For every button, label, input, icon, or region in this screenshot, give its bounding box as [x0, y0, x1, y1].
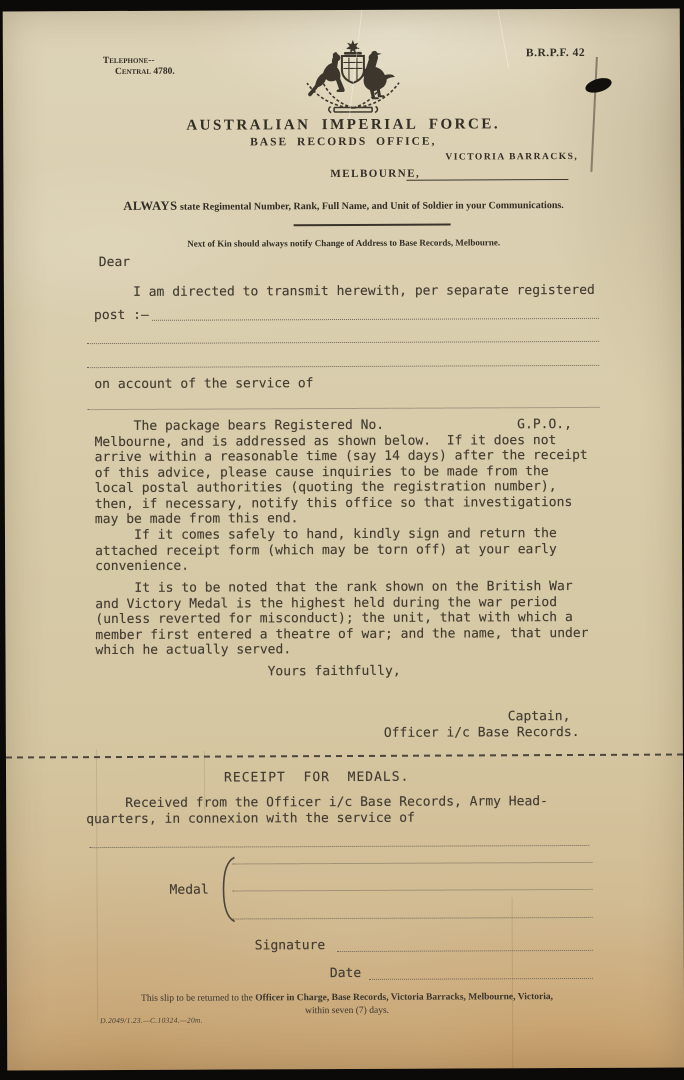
- always-rest: state Regimental Number, Rank, Full Name…: [178, 200, 564, 213]
- paper-tear-hole: [584, 75, 614, 95]
- next-of-kin-notice: Next of Kin should always notify Change …: [84, 237, 604, 249]
- paper-crease: [204, 751, 205, 811]
- printer-imprint: D.2049/1.23.—C.10324.—20m.: [100, 1016, 203, 1025]
- telephone-block: Telephone-- Central 4780.: [103, 56, 175, 78]
- fill-line: [87, 407, 599, 410]
- fill-line: [87, 365, 599, 368]
- medal-fill-line-2: [233, 889, 593, 892]
- medal-label: Medal: [169, 883, 208, 899]
- salutation: Dear: [99, 255, 130, 271]
- form-number: B.R.P.F. 42: [526, 47, 585, 59]
- date-label: Date: [330, 966, 361, 982]
- fill-line: [87, 341, 599, 344]
- city-fill-line: [406, 179, 568, 181]
- paper-tear-crease: [590, 57, 598, 172]
- post-fill-line: [152, 318, 599, 321]
- signature-fill-line: [337, 950, 593, 952]
- date-fill-line: [369, 978, 593, 980]
- intro-line: I am directed to transmit herewith, per …: [94, 283, 609, 301]
- return-prefix: This slip to be returned to the: [141, 993, 255, 1003]
- paper-crease: [512, 897, 514, 1069]
- telephone-label: Telephone--: [103, 56, 175, 67]
- barracks-name: VICTORIA BARRACKS,: [445, 152, 578, 163]
- letter-paper: Telephone-- Central 4780. B.R.P.F. 42: [3, 9, 684, 1071]
- fill-line: [89, 845, 589, 848]
- receipt-title: RECEIPT FOR MEDALS.: [224, 770, 409, 786]
- always-notice: ALWAYS state Regimental Number, Rank, Fu…: [84, 197, 604, 214]
- signature-rank: Captain,: [508, 709, 571, 725]
- paper-crease: [497, 10, 509, 69]
- always-word: ALWAYS: [123, 199, 177, 213]
- closing: Yours faithfully,: [268, 664, 401, 680]
- paragraph-package: The package bears Registered No. G.P.O.,…: [94, 417, 606, 528]
- scanned-document-page: { "header": { "telephone_line1": "Teleph…: [0, 0, 684, 1080]
- paragraph-rank: It is to be noted that the rank shown on…: [95, 579, 607, 659]
- service-line: on account of the service of: [94, 376, 313, 392]
- return-address: Officer in Charge, Base Records, Victori…: [255, 992, 553, 1003]
- paragraph-receipt: If it comes safely to hand, kindly sign …: [95, 526, 607, 575]
- telephone-number: Central 4780.: [103, 67, 175, 78]
- signature-label: Signature: [255, 938, 326, 954]
- receipt-body: Received from the Officer i/c Base Recor…: [86, 794, 598, 827]
- header-rule: [294, 224, 451, 227]
- org-name: AUSTRALIAN IMPERIAL FORCE.: [83, 116, 603, 135]
- office-name: BASE RECORDS OFFICE,: [83, 135, 603, 149]
- city-name: MELBOURNE,: [330, 168, 420, 180]
- post-label: post :—: [94, 308, 149, 324]
- medal-fill-line-1: [232, 862, 592, 865]
- signature-title: Officer i/c Base Records.: [384, 725, 580, 741]
- paper-crease: [96, 749, 98, 1021]
- medal-fill-line-3: [233, 917, 593, 920]
- tear-off-line: [6, 754, 683, 759]
